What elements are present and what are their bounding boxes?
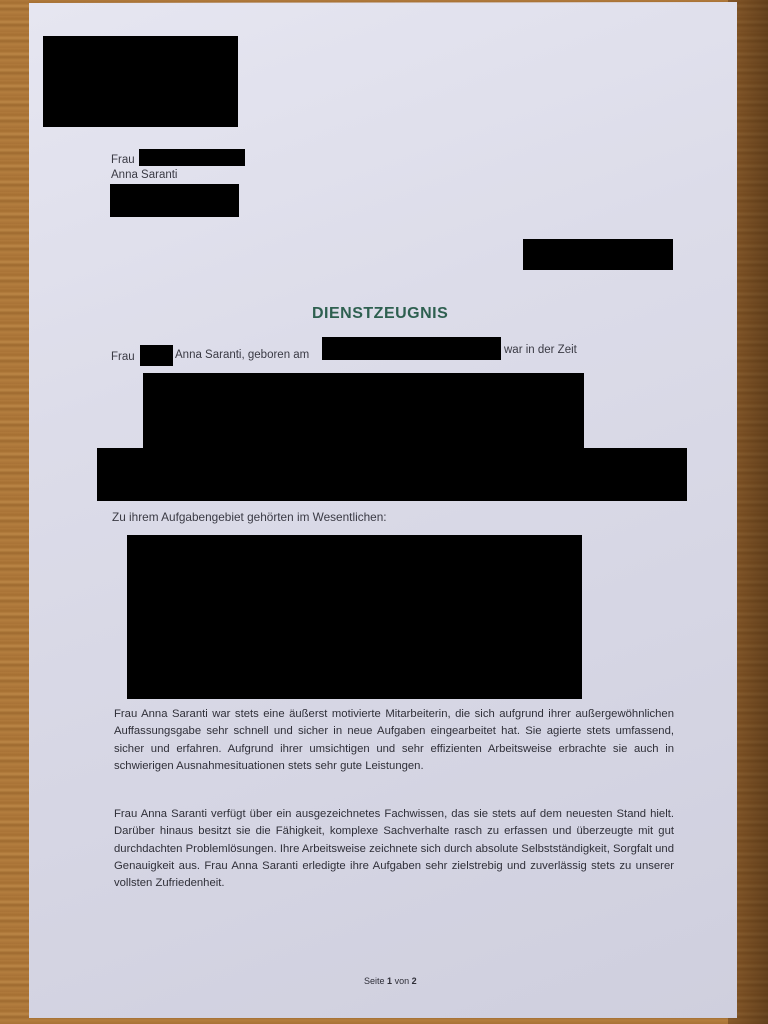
redacted-letterhead <box>43 36 238 127</box>
recipient-salutation: Frau <box>111 153 135 168</box>
performance-paragraph: Frau Anna Saranti war stets eine äußerst… <box>114 706 674 775</box>
redacted-employment-period <box>143 373 584 453</box>
page-total: 2 <box>412 976 417 986</box>
redacted-recipient-address <box>110 184 239 217</box>
intro-name: Anna Saranti, geboren am <box>175 348 309 363</box>
redacted-birthdate <box>322 337 501 360</box>
intro-suffix: war in der Zeit <box>504 343 577 358</box>
redacted-employment-details <box>97 448 687 501</box>
page-number: Seite 1 von 2 <box>364 976 417 986</box>
expertise-paragraph: Frau Anna Saranti verfügt über ein ausge… <box>114 806 674 892</box>
page-current: 1 <box>387 976 392 986</box>
redacted-recipient-title <box>139 149 245 166</box>
redacted-task-list <box>127 535 582 699</box>
redacted-intro-title <box>140 345 173 366</box>
intro-prefix: Frau <box>111 350 135 365</box>
recipient-name: Anna Saranti <box>111 168 178 183</box>
page-sep: von <box>395 976 410 986</box>
document-title: DIENSTZEUGNIS <box>312 305 448 323</box>
tasks-heading: Zu ihrem Aufgabengebiet gehörten im Wese… <box>112 510 387 525</box>
page-label: Seite <box>364 976 385 986</box>
redacted-date <box>523 239 673 270</box>
